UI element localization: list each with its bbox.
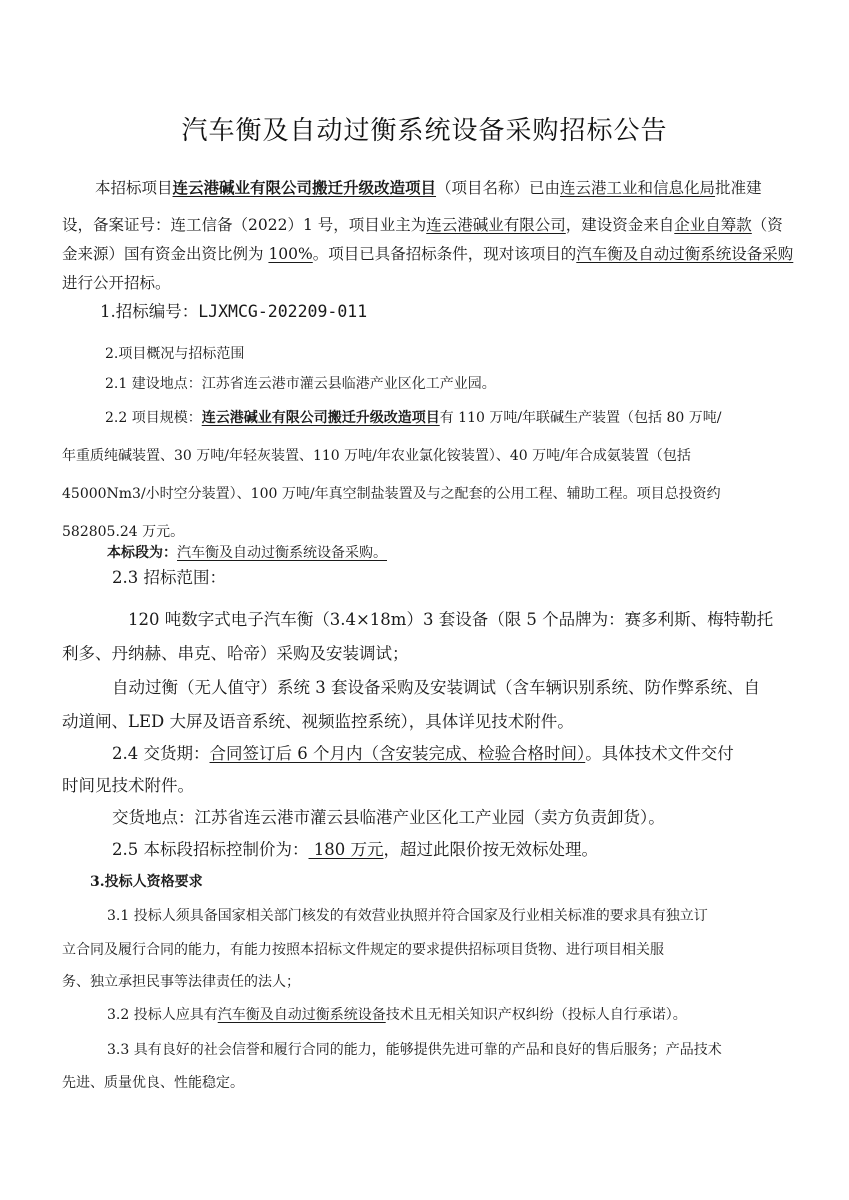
qualification-text: 3.2 投标人应具有 bbox=[107, 1007, 218, 1023]
section-2-2-line-3: 45000Nm3/小时空分装置）、100 万吨/年真空制盐装置及与之配套的公用工… bbox=[62, 484, 721, 504]
section-3-heading: 3.投标人资格要求 bbox=[90, 872, 203, 892]
scope-1-line-2: 利多、丹纳赫、串克、哈帝）采购及安装调试； bbox=[62, 644, 409, 664]
lot-value: 汽车衡及自动过衡系统设备采购。 bbox=[177, 545, 387, 561]
procurement-name: 汽车衡及自动过衡系统设备采购 bbox=[576, 245, 793, 263]
intro-text: 。项目已具备招标条件，现对该项目的 bbox=[313, 245, 577, 263]
section-2-2-line-2: 年重质纯碱装置、30 万吨/年轻灰装置、110 万吨/年农业氯化铵装置）、40 … bbox=[62, 446, 691, 466]
intro-text: 设，备案证号：连工信备（2022）1 号，项目业主为 bbox=[62, 216, 426, 234]
control-price-text: ，超过此限价按无效标处理。 bbox=[383, 840, 598, 859]
intro-text: 批准建 bbox=[715, 179, 762, 197]
approver: 连云港工业和信息化局 bbox=[560, 179, 715, 197]
scope-2-line-2: 动道闸、LED 大屏及语音系统、视频监控系统），具体详见技术附件。 bbox=[62, 712, 574, 732]
project-name: 连云港碱业有限公司搬迁升级改造项目 bbox=[173, 178, 437, 197]
scale-label: 2.2 项目规模： bbox=[105, 410, 202, 426]
qualification-text: 技术且无相关知识产权纠纷（投标人自行承诺）。 bbox=[386, 1007, 687, 1023]
section-2-1: 2.1 建设地点：江苏省连云港市灌云县临港产业区化工产业园。 bbox=[105, 374, 496, 394]
scope-2-line-1: 自动过衡（无人值守）系统 3 套设备采购及安装调试（含车辆识别系统、防作弊系统、… bbox=[112, 678, 760, 698]
section-3-2: 3.2 投标人应具有汽车衡及自动过衡系统设备技术且无相关知识产权纠纷（投标人自行… bbox=[107, 1005, 687, 1025]
scope-1-line-1: 120 吨数字式电子汽车衡（3.4×18m）3 套设备（限 5 个品牌为：赛多利… bbox=[128, 610, 773, 630]
tender-number-line: 1.招标编号：LJXMCG-202209-011 bbox=[100, 302, 367, 322]
intro-line-4: 进行公开招标。 bbox=[62, 273, 171, 293]
section-2-4-line-1: 2.4 交货期：合同签订后 6 个月内（含安装完成、检验合格时间）。具体技术文件… bbox=[112, 744, 734, 764]
intro-text: （资 bbox=[752, 216, 783, 234]
section-3-1-line-2: 立合同及履行合同的能力，有能力按照本招标文件规定的要求提供招标项目货物、进行项目… bbox=[62, 940, 664, 960]
section-2-heading: 2.项目概况与招标范围 bbox=[105, 344, 244, 364]
scale-text: 有 110 万吨/年联碱生产装置（包括 80 万吨/ bbox=[440, 410, 722, 426]
section-2-3: 2.3 招标范围： bbox=[112, 568, 226, 588]
state-fund-ratio: 100% bbox=[268, 245, 312, 263]
intro-text: ，建设资金来自 bbox=[566, 216, 675, 234]
section-3-1-line-3: 务、独立承担民事等法律责任的法人； bbox=[62, 972, 300, 992]
delivery-period-label: 2.4 交货期： bbox=[112, 744, 210, 763]
section-2-2-line-4: 582805.24 万元。 bbox=[62, 522, 184, 542]
intro-text: 本招标项目 bbox=[95, 179, 173, 197]
intro-line-1: 本招标项目连云港碱业有限公司搬迁升级改造项目（项目名称）已由连云港工业和信息化局… bbox=[95, 178, 762, 198]
delivery-text: 。具体技术文件交付 bbox=[585, 744, 734, 763]
section-3-1-line-1: 3.1 投标人须具备国家相关部门核发的有效营业执照并符合国家及行业相关标准的要求… bbox=[107, 906, 708, 926]
delivery-period: 合同签订后 6 个月内（含安装完成、检验合格时间） bbox=[210, 744, 586, 763]
section-2-4-line-2: 时间见技术附件。 bbox=[62, 776, 194, 796]
lot-line: 本标段为：汽车衡及自动过衡系统设备采购。 bbox=[107, 543, 387, 563]
section-3-3-line-2: 先进、质量优良、性能稳定。 bbox=[62, 1073, 244, 1093]
control-price-label: 2.5 本标段招标控制价为： bbox=[112, 840, 309, 859]
section-2-2-line-1: 2.2 项目规模：连云港碱业有限公司搬迁升级改造项目有 110 万吨/年联碱生产… bbox=[105, 408, 722, 428]
intro-text: （项目名称）已由 bbox=[436, 179, 560, 197]
delivery-place: 交货地点：江苏省连云港市灌云县临港产业区化工产业园（卖方负责卸货）。 bbox=[112, 808, 665, 828]
control-price: 180 万元 bbox=[309, 840, 384, 859]
document-title: 汽车衡及自动过衡系统设备采购招标公告 bbox=[0, 110, 849, 147]
section-3-3-line-1: 3.3 具有良好的社会信誉和履行合同的能力，能够提供先进可靠的产品和良好的售后服… bbox=[107, 1040, 722, 1060]
project-owner: 连云港碱业有限公司 bbox=[426, 216, 566, 234]
section-2-5: 2.5 本标段招标控制价为： 180 万元，超过此限价按无效标处理。 bbox=[112, 840, 598, 860]
lot-label: 本标段为： bbox=[107, 545, 177, 561]
fund-source: 企业自筹款 bbox=[674, 216, 752, 234]
tender-number: LJXMCG-202209-011 bbox=[198, 302, 367, 321]
tender-number-label: 1.招标编号： bbox=[100, 302, 198, 321]
project-name: 连云港碱业有限公司搬迁升级改造项目 bbox=[202, 410, 440, 426]
equipment-name: 汽车衡及自动过衡系统设备 bbox=[218, 1007, 386, 1023]
document-page: 汽车衡及自动过衡系统设备采购招标公告 本招标项目连云港碱业有限公司搬迁升级改造项… bbox=[0, 0, 849, 1200]
intro-line-3: 金来源）国有资金出资比例为 100%。项目已具备招标条件，现对该项目的汽车衡及自… bbox=[62, 244, 793, 264]
intro-text: 金来源）国有资金出资比例为 bbox=[62, 245, 268, 263]
intro-line-2: 设，备案证号：连工信备（2022）1 号，项目业主为连云港碱业有限公司，建设资金… bbox=[62, 215, 783, 235]
